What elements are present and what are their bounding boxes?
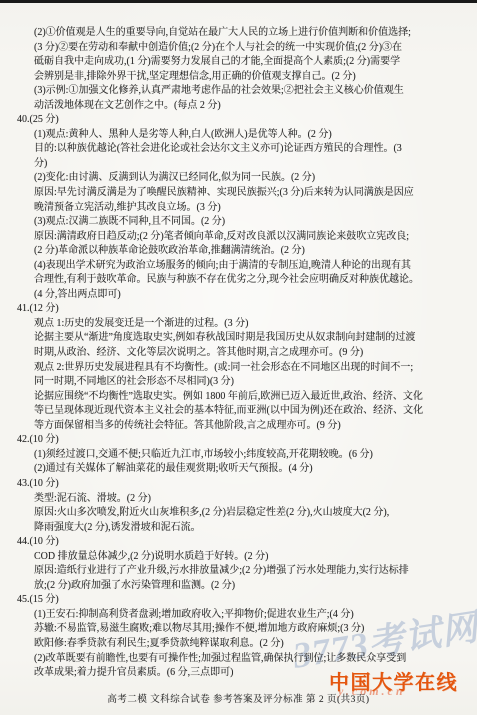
answer-text-line: (3 分)②要在劳动和奉献中创造价值;(2 分)在个人与社会的统一中实现价值;(… (0, 41, 477, 56)
answer-text-line: 观点 2:世界历史发展进程具有不均衡性。(或:同一社会形态在不同地区出现的时间不… (0, 361, 477, 376)
answer-text-line: (1)须经过渡口,交通不便;只临近九江市,市场较小;纬度较高,开花期较晚。(6 … (0, 448, 477, 463)
answer-text-line: 晚清预备立宪活动,维护其改良立场。(3 分) (0, 201, 477, 216)
answer-text-line: (3)观点:汉满二族既不同种,且不同国。(2 分) (0, 215, 477, 230)
answer-text-line: 论据主要从“渐进”角度选取史实,例如春秋战国时期是我国历史从奴隶制向封建制的过渡 (0, 331, 477, 346)
answer-text-line: 苏辙:不易监管,易滋生腐败;难以物尽其用;操作不便,增加地方政府麻烦;(3 分) (0, 622, 477, 637)
answer-text-line: 目的:以种族优越论(答社会进化论或社会达尔文主义亦可)论证西方殖民的合理性。(3 (0, 142, 477, 157)
answer-text-line: 时期,从政治、经济、文化等层次说明之。答其他时期,言之成理亦可。(9 分) (0, 346, 477, 361)
answer-sheet-text-block: (2)①价值观是人生的重要导向,自觉站在最广大人民的立场上进行价值判断和价值选择… (0, 26, 477, 681)
answer-text-line: 放;(2 分)政府加强了水污染管理和监测。(2 分) (0, 579, 477, 594)
question-number-line: 43.(10 分) (0, 477, 477, 492)
answer-text-line: 论据应围绕“不均衡性”选取史实。例如 1800 年前后,欧洲已迈入最近世,政治、… (0, 390, 477, 405)
question-number-line: 40.(25 分) (0, 113, 477, 128)
answer-text-line: 观点 1:历史的发展变迁是一个渐进的过程。(3 分) (0, 317, 477, 332)
answer-text-line: 类型:泥石流、滑坡。(2 分) (0, 492, 477, 507)
answer-text-line: 动活泼地体现在文艺创作之中。(每点 2 分) (0, 99, 477, 114)
answer-text-line: (2)通过有关媒体了解油菜花的最佳观赏期;收听天气预报。(4 分) (0, 462, 477, 477)
answer-text-line: 同一时期,不同地区的社会形态不尽相同)(3 分) (0, 375, 477, 390)
answer-text-line: 原因:火山多次喷发,附近火山灰堆积多,(2 分)岩层稳定性差(2 分),火山坡度… (0, 506, 477, 521)
question-number-line: 42.(10 分) (0, 433, 477, 448)
answer-text-line: 合理性,有利于鼓吹革命。民族与种族不存在优劣之分,现今社会应明确反对种族优越论。 (0, 273, 477, 288)
answer-text-line: (4 分,答出两点即可) (0, 288, 477, 303)
answer-text-line: 分) (0, 157, 477, 172)
question-number-line: 41.(12 分) (0, 302, 477, 317)
question-number-line: 44.(10 分) (0, 535, 477, 550)
watermark-brand-china-university-online: 中国大学在线 (329, 666, 458, 695)
answer-text-line: 砥砺自我中走向成功,(1 分)需要努力发展自己的才能,全面提高个人素质;(2 分… (0, 55, 477, 70)
answer-text-line: 原因:造纸行业进行了产业升级,污水排放量减少;(2 分)增强了污水处理能力,实行… (0, 564, 477, 579)
answer-text-line: (1)王安石:抑制高利贷者盘剥;增加政府收入;平抑物价;促进农业生产;(4 分) (0, 608, 477, 623)
question-number-line: 45.(15 分) (0, 593, 477, 608)
answer-text-line: 欧阳修:春季贷款有利民生;夏季贷款纯粹谋取利息。(2 分) (0, 637, 477, 652)
scan-edge-artifact (0, 0, 477, 3)
answer-text-line: (4)表现出学术研究为政治立场服务的倾向;由于满清的专制压迫,晚清人种论的出现有… (0, 259, 477, 274)
answer-text-line: 降雨强度大(2 分),诱发滑坡和泥石流。 (0, 521, 477, 536)
answer-text-line: (2 分)革命派以种族革命论鼓吹政治革命,推翻满清统治。(2 分) (0, 244, 477, 259)
answer-text-line: (2)改革既要有前瞻性,也要有可操作性;加强过程监管,确保执行到位;让多数民众享… (0, 652, 477, 667)
answer-text-line: 原因:早先讨满反满是为了唤醒民族精神、实现民族振兴;(3 分)后来转为认同满族是… (0, 186, 477, 201)
answer-text-line: 原因:满清政府日趋反动;(2 分)笔者倾向革命,反对改良派以汉满同族论来鼓吹立宪… (0, 230, 477, 245)
answer-text-line: (2)变化:由讨满、反满到认为满汉已经同化,似为同一民族。(2 分) (0, 171, 477, 186)
answer-text-line: 等已呈现体现近现代资本主义社会的基本特征,而亚洲(以中国为例)还在政治、经济、文… (0, 404, 477, 419)
answer-text-line: COD 排放量总体减少,(2 分)说明水质趋于好转。(2 分) (0, 550, 477, 565)
answer-text-line: (1)观点:黄种人、黑种人是劣等人种,白人(欧洲人)是优等人种。(2 分) (0, 128, 477, 143)
answer-text-line: (2)①价值观是人生的重要导向,自觉站在最广大人民的立场上进行价值判断和价值选择… (0, 26, 477, 41)
answer-text-line: 会辨别是非,排除外界干扰,坚定理想信念,用正确的价值观支撑自己。(2 分) (0, 70, 477, 85)
answer-text-line: (3)示例:①加强文化修养,认真严肃地考虑作品的社会效果;②把社会主义核心价值观… (0, 84, 477, 99)
answer-text-line: 等方面保留相当多的传统社会特征。答其他阶段,言之成理亦可。(9 分) (0, 419, 477, 434)
